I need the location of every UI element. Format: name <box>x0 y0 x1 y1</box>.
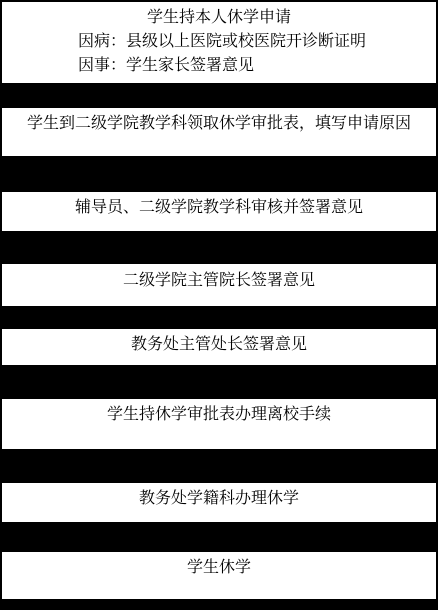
step-text-line: 学生到二级学院教学科领取休学审批表，填写申请原因 <box>2 114 436 133</box>
step-text-line: 教务处主管处长签署意见 <box>2 335 436 354</box>
step-text-line: 二级学院主管院长签署意见 <box>2 271 436 290</box>
step-text-line: 辅导员、二级学院教学科审核并签署意见 <box>2 198 436 217</box>
step-text-line: 因病：县级以上医院或校医院开诊断证明 <box>2 30 436 54</box>
flow-step-college-dean-signature: 二级学院主管院长签署意见 <box>0 262 438 308</box>
step-text-line: 因事：学生家长签署意见 <box>2 54 436 78</box>
step-text-line: 教务处学籍科办理休学 <box>2 489 436 508</box>
flow-step-counselor-review: 辅导员、二级学院教学科审核并签署意见 <box>0 190 438 233</box>
flow-step-application: 学生持本人休学申请 因病：县级以上医院或校医院开诊断证明 因事：学生家长签署意见 <box>0 0 438 85</box>
step-text-line: 学生休学 <box>2 558 436 577</box>
connector-bar <box>0 85 438 106</box>
connector-bar <box>0 158 438 190</box>
flowchart-page: 学生持本人休学申请 因病：县级以上医院或校医院开诊断证明 因事：学生家长签署意见… <box>0 0 438 610</box>
connector-bar <box>0 524 438 550</box>
flow-step-status-office-processing: 教务处学籍科办理休学 <box>0 481 438 524</box>
connector-bar <box>0 367 438 397</box>
connector-bar <box>0 451 438 481</box>
student-leave-flowchart: 学生持本人休学申请 因病：县级以上医院或校医院开诊断证明 因事：学生家长签署意见… <box>0 0 438 610</box>
connector-bar <box>0 601 438 610</box>
connector-bar <box>0 308 438 327</box>
connector-bar <box>0 233 438 262</box>
step-text-line: 学生持本人休学申请 <box>2 6 436 30</box>
flow-step-student-on-leave: 学生休学 <box>0 550 438 601</box>
flow-step-academic-affairs-director-signature: 教务处主管处长签署意见 <box>0 327 438 367</box>
step-text-line: 学生持休学审批表办理离校手续 <box>2 405 436 424</box>
flow-step-collect-form: 学生到二级学院教学科领取休学审批表，填写申请原因 <box>0 106 438 158</box>
flow-step-leave-campus-procedure: 学生持休学审批表办理离校手续 <box>0 397 438 451</box>
